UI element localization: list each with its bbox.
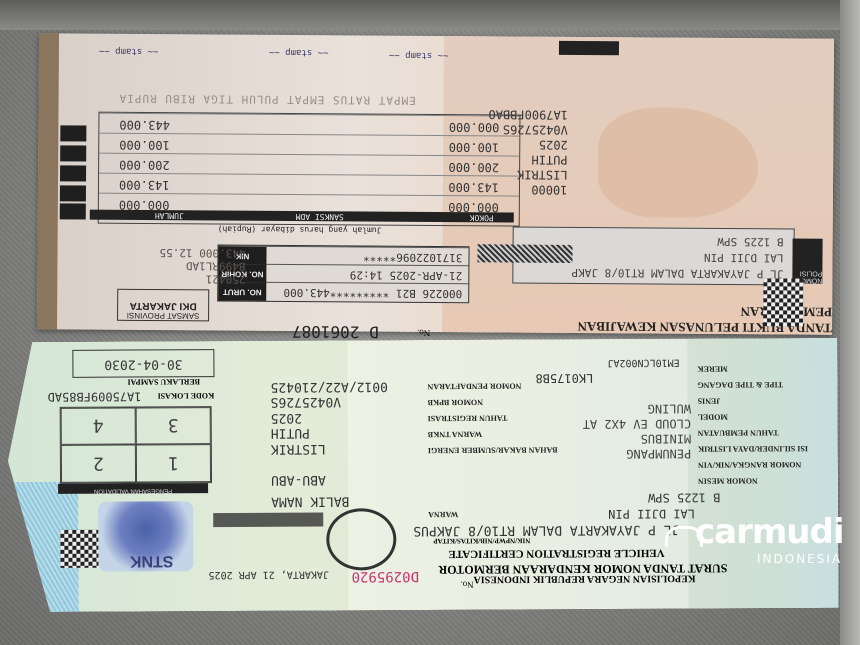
receipt-number: D 2061087 <box>292 322 379 342</box>
extra-value: 443.000 12.55 <box>159 246 245 260</box>
stnk-value <box>271 456 421 472</box>
validation-cell: 1 <box>136 445 211 483</box>
amount-in-words: EMPAT RATUS EMPAT PULUH TIGA RIBU RUPIA <box>119 92 416 107</box>
validation-grid: 1 2 3 4 <box>60 406 212 484</box>
field-label: BAHAN BAKAR/SUMBER ENERGI <box>428 441 558 458</box>
col-pokok: POKOK <box>470 213 494 222</box>
receipt-extra-column: 250421 B499RL1AD 443.000 12.55 <box>159 246 245 286</box>
office-line: DKI JAKARTA <box>118 300 208 312</box>
stnk-value: V0425726S <box>271 394 421 410</box>
field-label: MODEL <box>698 408 808 425</box>
issue-date: JAKARTA, 21 APR 2025 <box>208 568 328 580</box>
stnk-values: ABU-ABU LISTRIK PUTIH 2025 V0425726S 001… <box>270 378 421 487</box>
vehicle-value: V0425726S <box>488 121 568 137</box>
valid-until-box: 30-04-2030 <box>72 349 214 378</box>
signature-stamp: ~~ stamp ~~ <box>389 50 449 60</box>
signature-stamp: ~~ stamp ~~ <box>269 47 329 57</box>
watermark-sub: INDONESIA <box>757 552 842 566</box>
location-code-label: KODE LOKASI <box>158 391 215 400</box>
row-label <box>60 125 86 141</box>
location-code: 1A75009FB85AD <box>48 389 142 403</box>
field-label: TAHUN REGISTRASI <box>428 409 558 426</box>
col-jumlah: JUMLAH <box>155 211 184 220</box>
signature-stamp-block <box>213 513 323 528</box>
vehicle-values: 10000 LISTRIK PUTIH 2025 V0425726S 1A790… <box>488 106 568 197</box>
qr-code-icon <box>60 530 98 568</box>
stnk-value: 2025 <box>271 409 421 425</box>
receipt-number-label: No. <box>417 328 430 338</box>
signature-stamp: ~~ stamp ~~ <box>99 46 159 56</box>
vehicle-value: 1A7900FBBAO <box>488 106 568 122</box>
field-label: WARNA TNKB <box>428 425 558 442</box>
row-label <box>60 145 86 161</box>
receipt-edge <box>37 33 59 329</box>
qr-code-icon <box>763 278 803 326</box>
table-row: 143.000 143.000 <box>99 173 519 195</box>
model-value: MINIBUS <box>583 431 691 447</box>
stnk-number-label: No. <box>461 580 474 590</box>
field-label: TAHUN PEMBUATAN <box>698 424 808 441</box>
owner-address: JL P JAYAKARTA DALAM RT10/8 JAKPUS <box>413 522 679 538</box>
barcode-icon <box>477 244 572 263</box>
tax-payment-receipt: ~~ stamp ~~ ~~ stamp ~~ ~~ stamp ~~ EMPA… <box>37 33 834 335</box>
nik-label: NIK/NPWP/NIB/KITAS/KITAP <box>433 536 530 545</box>
plate-number: B 1225 SPW <box>648 490 720 504</box>
validation-cell: 3 <box>136 407 211 445</box>
model-value: CLOUD EV 4X2 AT <box>583 416 691 432</box>
total-label: Jumlah yang harus dibayar (Rupiah) <box>218 224 382 234</box>
info-value: 21-APR-2025 14:29 <box>350 268 463 282</box>
field-label: WARNA <box>428 505 558 522</box>
model-values: PENUMPANG MINIBUS CLOUD EV 4X2 AT WULING <box>583 401 692 462</box>
field-label: ISI SILINDER/DAYA LISTRIK <box>698 440 808 457</box>
stnk-value: 0012/A22/210425 <box>270 378 420 394</box>
model-value: PENUMPANG <box>583 446 691 462</box>
stnk-title-line3: VEHICLE REGISTRATION CERTIFICATE <box>448 547 664 560</box>
stnk-serial: D0295920 <box>351 568 419 584</box>
stnk-registration-certificate: 30-04-2030 BERLAKU SAMPAI 1A75009FB85AD … <box>7 338 838 612</box>
plate-header: NOMOR POLISI <box>792 238 822 283</box>
field-label: NOMOR RANGKA/NIK/VIN <box>698 456 808 473</box>
table-row: 443.000 000.000 <box>99 113 519 135</box>
carmudi-watermark: carmudi INDONESIA <box>665 512 844 552</box>
extra-value: B499RL1AD <box>159 259 245 273</box>
model-value: WULING <box>583 401 691 417</box>
stnk-value: LISTRIK <box>271 440 421 456</box>
field-label: JENIS <box>698 392 808 409</box>
address-line: B 1225 SPW <box>717 235 783 248</box>
info-value: 3171022096***** <box>363 250 462 264</box>
seat-top-shadow <box>0 0 860 30</box>
balik-nama: BALIK NAMA <box>271 493 349 508</box>
engine-number: EM10LCN002AJ <box>607 357 679 368</box>
field-labels-right: NOMOR MESIN NOMOR RANGKA/NIK/VIN ISI SIL… <box>697 360 808 489</box>
table-row: 200.000 200.000 <box>99 153 519 175</box>
jumlah-cell: 443.000 <box>119 118 170 132</box>
police-seal-icon <box>326 508 396 570</box>
stnk-value: PUTIH <box>271 425 421 441</box>
field-label: NOMOR MESIN <box>698 472 808 489</box>
validation-header: PENGESAHAN VALIDATION <box>58 483 208 494</box>
samsat-office-box: SAMSAT PROVINSI DKI JAKARTA <box>117 289 209 322</box>
address-line: JL P JAYAKARTA DALAM RT10/8 JAKP <box>571 266 783 280</box>
vehicle-value: LISTRIK <box>488 166 568 182</box>
vehicle-value: 2025 <box>488 136 568 152</box>
receipt-info-box: 000226 B21 *********443.000 NO. URUT 21-… <box>217 244 469 303</box>
stnk-value: ABU-ABU <box>271 471 421 487</box>
office-line: SAMSAT PROVINSI <box>118 311 208 321</box>
field-label: TIPE & TIPE DAGANG <box>697 376 807 393</box>
table-row: 100.000 100.000 <box>99 133 519 155</box>
date-header <box>559 41 619 55</box>
address-line: LAI DJII PIN <box>704 251 784 265</box>
stnk-title-line1: KEPOLISIAN NEGARA REPUBLIK INDONESIA <box>474 573 696 585</box>
field-label: MEREK <box>697 360 807 377</box>
info-value: 000226 B21 *********443.000 <box>283 286 462 300</box>
row-label <box>60 185 86 201</box>
row-label <box>60 165 86 181</box>
info-row: 21-APR-2025 14:29 NO. KOHIR <box>218 263 468 284</box>
extra-value: 250421 <box>159 272 245 286</box>
validation-cell: 4 <box>61 408 136 446</box>
vehicle-value: 10000 <box>488 181 568 197</box>
jumlah-cell: 100.000 <box>119 138 170 152</box>
jumlah-cell: 143.000 <box>119 178 170 192</box>
info-row: 3171022096***** NIK <box>218 245 468 266</box>
valid-until-label: BERLAKU SAMPAI <box>127 377 200 386</box>
info-row: 000226 B21 *********443.000 NO. URUT <box>218 281 468 302</box>
col-sanksi: SANKSI ADM <box>296 212 344 221</box>
car-outline-icon <box>665 526 703 547</box>
vehicle-value: PUTIH <box>488 151 568 167</box>
jumlah-cell: 200.000 <box>119 158 170 172</box>
stnk-hologram-logo: STNK <box>98 501 193 571</box>
row-label <box>60 203 86 219</box>
stnk-logo-text: STNK <box>130 551 174 569</box>
watermark-brand: carmudi <box>695 512 844 552</box>
field-labels-center: WARNA BAHAN BAKAR/SUMBER ENERGI WARNA TN… <box>427 377 558 522</box>
field-label: NOMOR BPKB <box>428 393 558 410</box>
field-label: NOMOR PENDAFTARAN <box>427 377 557 394</box>
validation-cell: 2 <box>61 445 136 483</box>
